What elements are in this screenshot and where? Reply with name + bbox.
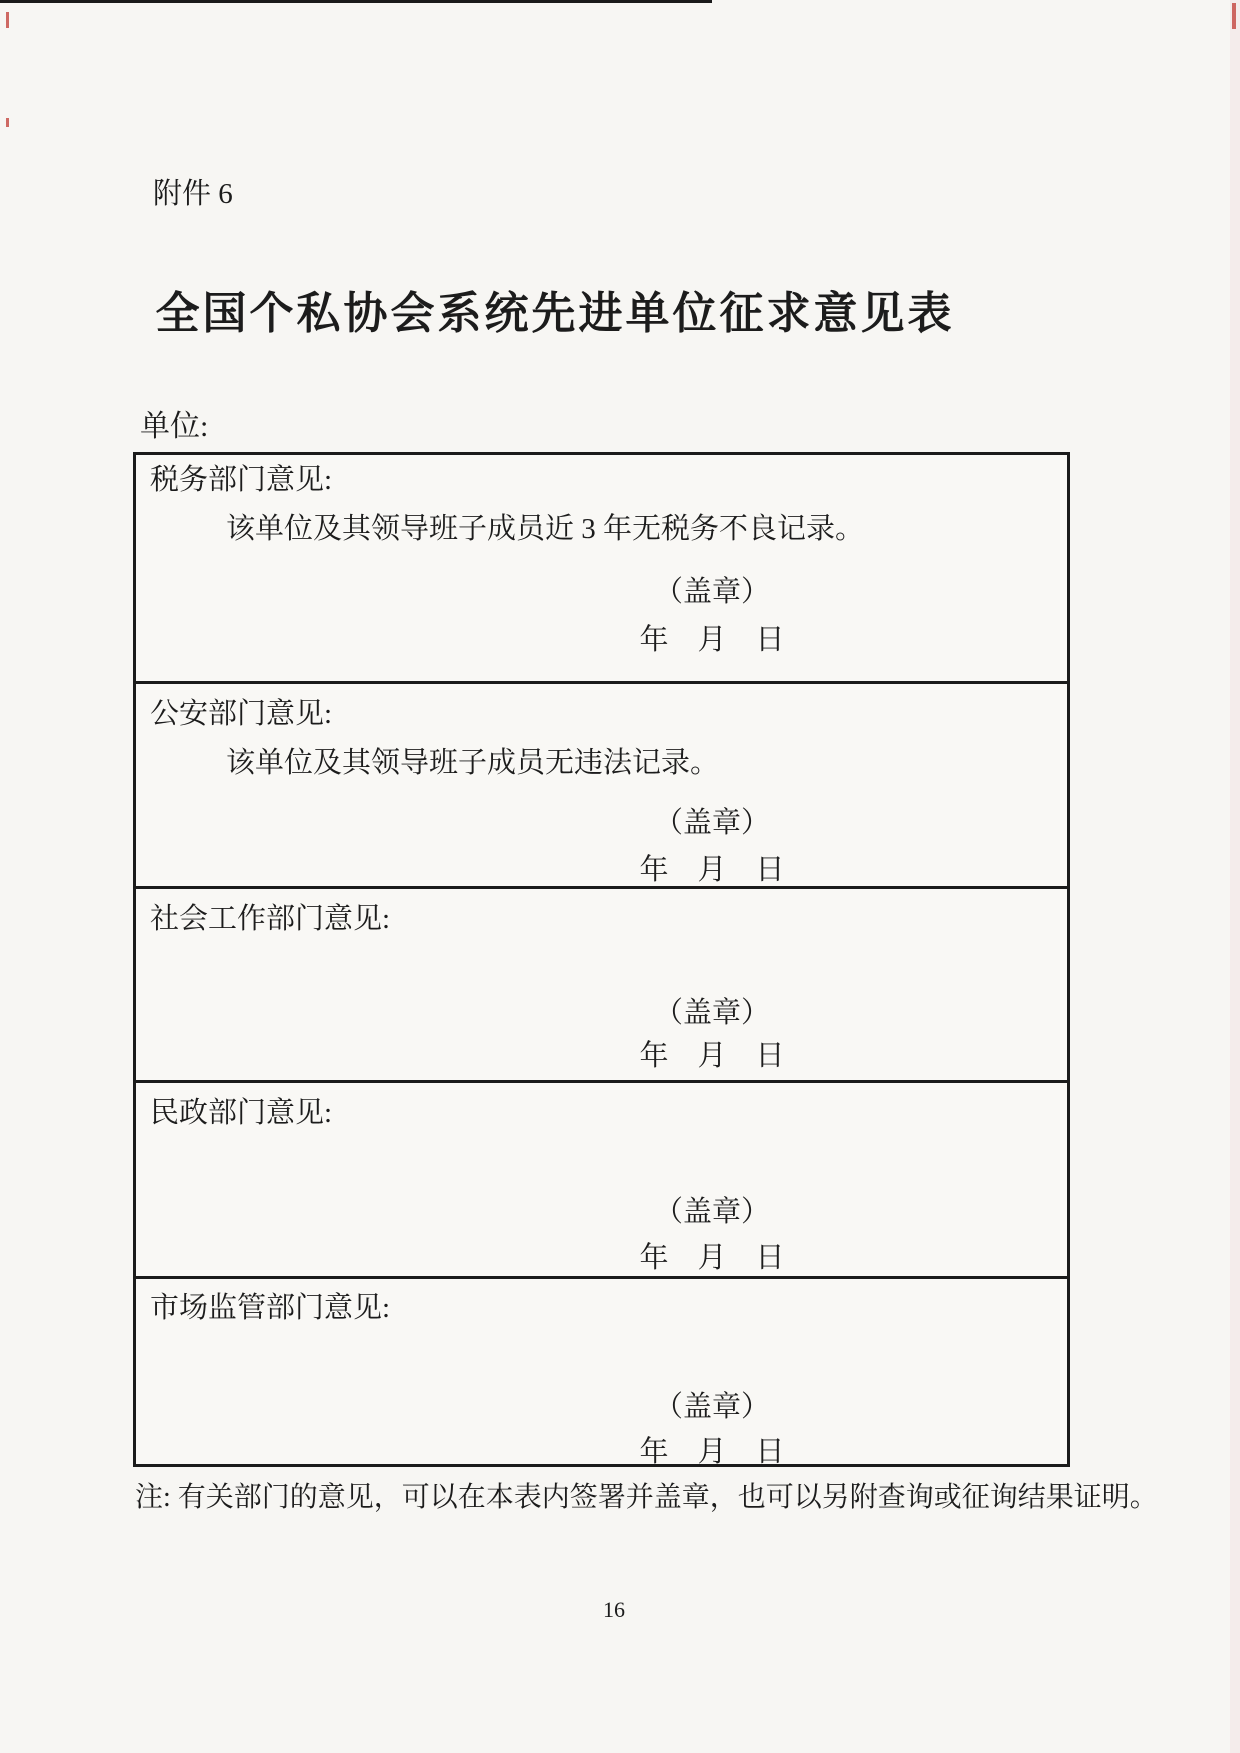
section-label-civil-affairs: 民政部门意见: bbox=[150, 1097, 332, 1130]
date-placeholder: 年 月 日 bbox=[562, 1040, 862, 1073]
row-divider bbox=[136, 681, 1067, 684]
date-placeholder: 年 月 日 bbox=[562, 854, 862, 887]
scan-mark bbox=[6, 118, 9, 127]
section-body-police: 该单位及其领导班子成员无违法记录。 bbox=[226, 747, 719, 780]
footer-note: 注: 有关部门的意见，可以在本表内签署并盖章，也可以另附查询或征询结果证明。 bbox=[135, 1482, 1158, 1514]
section-label-social-work: 社会工作部门意见: bbox=[150, 903, 390, 936]
page-number: 16 bbox=[0, 1597, 1228, 1622]
section-label-market-regulation: 市场监管部门意见: bbox=[150, 1292, 390, 1325]
stamp-placeholder: （盖章） bbox=[562, 1391, 862, 1424]
unit-blank-line bbox=[0, 0, 712, 3]
date-placeholder: 年 月 日 bbox=[562, 1242, 862, 1275]
section-label-police: 公安部门意见: bbox=[150, 698, 332, 731]
row-divider bbox=[136, 1276, 1067, 1279]
scan-mark bbox=[1232, 3, 1236, 29]
row-divider bbox=[136, 1080, 1067, 1083]
unit-label: 单位: bbox=[140, 410, 208, 445]
date-placeholder: 年 月 日 bbox=[562, 1436, 862, 1469]
form-title: 全国个私协会系统先进单位征求意见表 bbox=[150, 291, 960, 337]
section-body-tax: 该单位及其领导班子成员近 3 年无税务不良记录。 bbox=[226, 513, 864, 546]
scan-mark bbox=[6, 12, 9, 28]
stamp-placeholder: （盖章） bbox=[562, 807, 862, 840]
attachment-label: 附件 6 bbox=[153, 178, 233, 211]
row-divider bbox=[136, 886, 1067, 889]
opinion-table: 税务部门意见: 该单位及其领导班子成员近 3 年无税务不良记录。 （盖章） 年 … bbox=[133, 452, 1070, 1467]
stamp-placeholder: （盖章） bbox=[562, 1196, 862, 1229]
scan-edge-artifact bbox=[1230, 0, 1240, 1753]
date-placeholder: 年 月 日 bbox=[562, 624, 862, 657]
scanned-document-page: 附件 6 全国个私协会系统先进单位征求意见表 单位: 税务部门意见: 该单位及其… bbox=[0, 0, 1240, 1753]
stamp-placeholder: （盖章） bbox=[562, 997, 862, 1030]
stamp-placeholder: （盖章） bbox=[562, 576, 862, 609]
section-label-tax: 税务部门意见: bbox=[150, 464, 332, 497]
